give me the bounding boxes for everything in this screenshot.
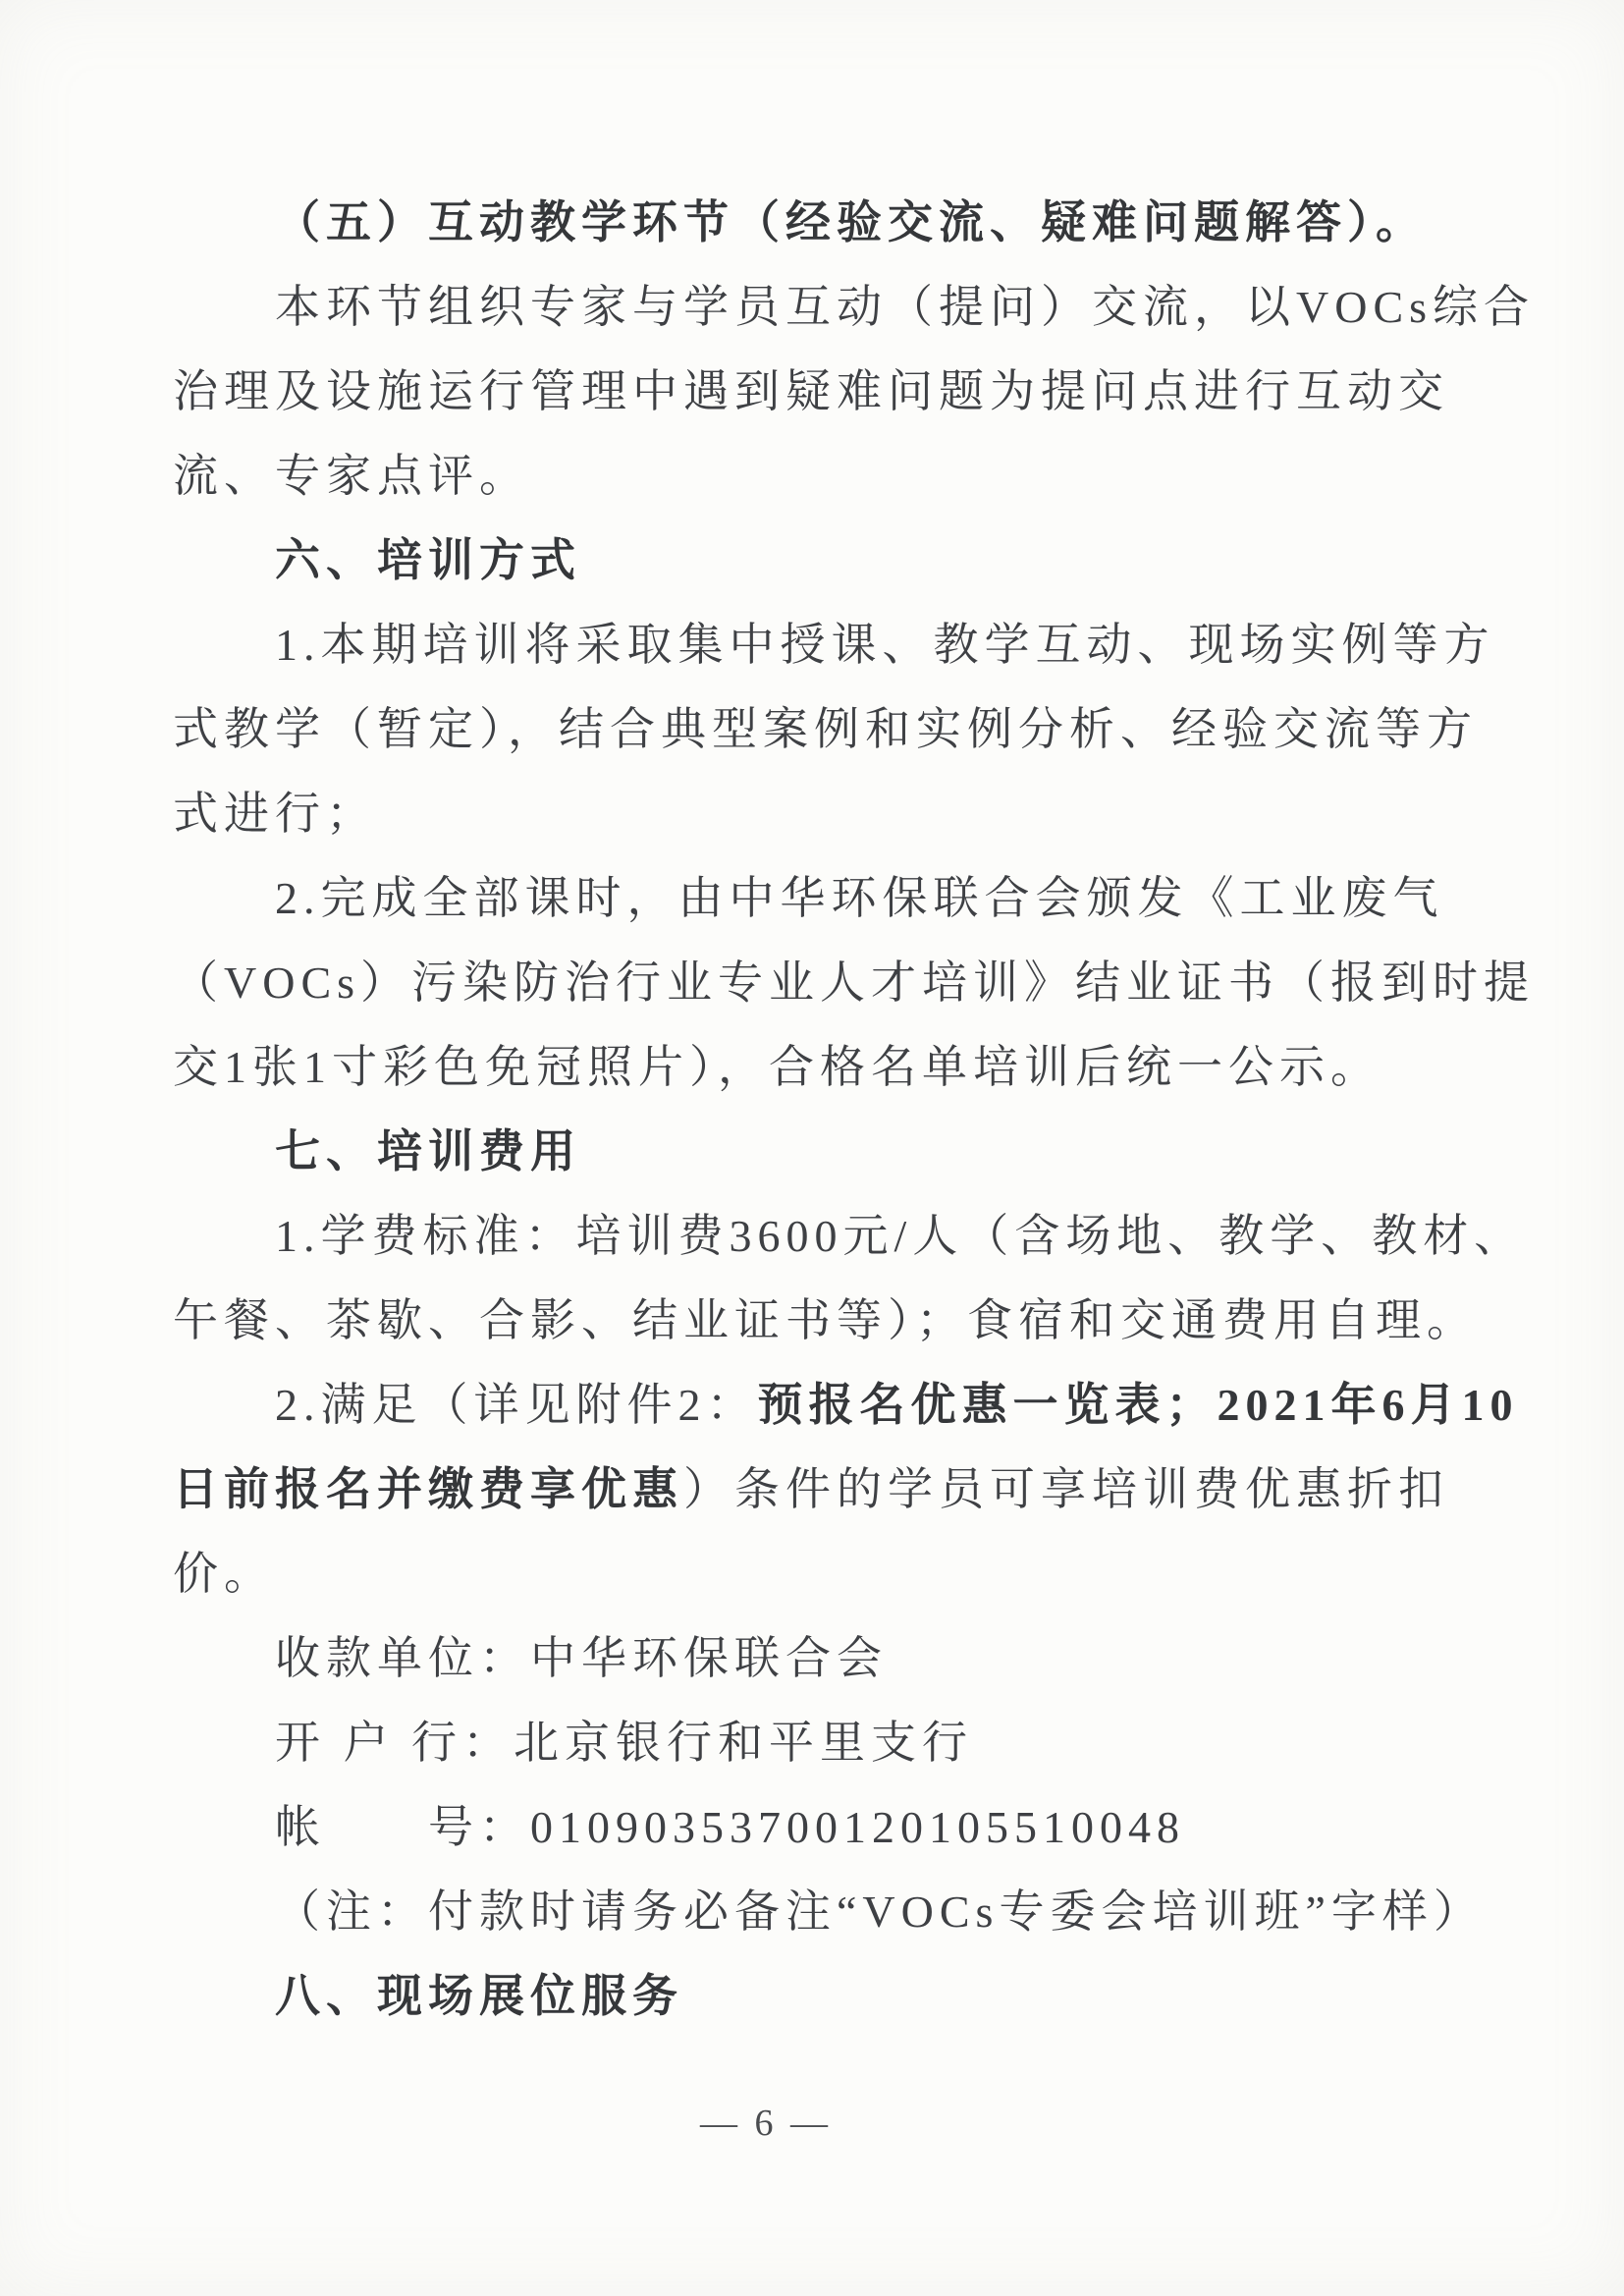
text-line: 治理及设施运行管理中遇到疑难问题为提问点进行互动交 bbox=[173, 350, 1479, 434]
text-line: 式进行； bbox=[173, 772, 1479, 856]
text-line: （VOCs）污染防治行业专业人才培训》结业证书（报到时提 bbox=[173, 941, 1479, 1025]
text-line: 式教学（暂定），结合典型案例和实例分析、经验交流等方 bbox=[173, 687, 1479, 772]
text-segment: 式教学（暂定），结合典型案例和实例分析、经验交流等方 bbox=[173, 704, 1478, 754]
text-segment: 帐 号：01090353700120105510048 bbox=[275, 1802, 1185, 1852]
text-line: 1.本期培训将采取集中授课、教学互动、现场实例等方 bbox=[173, 603, 1479, 687]
text-segment: （注：付款时请务必备注“VOCs专委会培训班”字样） bbox=[275, 1886, 1485, 1937]
text-segment: 交1张1寸彩色免冠照片），合格名单培训后统一公示。 bbox=[173, 1042, 1381, 1092]
text-segment: （VOCs）污染防治行业专业人才培训》结业证书（报到时提 bbox=[173, 957, 1535, 1008]
text-line: 交1张1寸彩色免冠照片），合格名单培训后统一公示。 bbox=[173, 1025, 1479, 1110]
text-line: 本环节组织专家与学员互动（提问）交流，以VOCs综合 bbox=[173, 265, 1479, 350]
text-line: 1.学费标准：培训费3600元/人（含场地、教学、教材、 bbox=[173, 1194, 1479, 1279]
text-segment: 预报名优惠一览表；2021年6月10 bbox=[758, 1380, 1519, 1430]
text-line: 收款单位：中华环保联合会 bbox=[173, 1616, 1479, 1701]
text-segment: 收款单位：中华环保联合会 bbox=[275, 1633, 888, 1683]
text-segment: 午餐、茶歇、合影、结业证书等）；食宿和交通费用自理。 bbox=[173, 1295, 1478, 1345]
text-line: 开 户 行：北京银行和平里支行 bbox=[173, 1701, 1479, 1785]
text-line: （注：付款时请务必备注“VOCs专委会培训班”字样） bbox=[173, 1870, 1479, 1954]
text-segment: 式进行； bbox=[173, 789, 377, 839]
document-body: （五）互动教学环节（经验交流、疑难问题解答）。本环节组织专家与学员互动（提问）交… bbox=[173, 181, 1479, 2039]
text-segment: 日前报名并缴费享优惠 bbox=[173, 1464, 683, 1514]
text-segment: 1.本期培训将采取集中授课、教学互动、现场实例等方 bbox=[275, 620, 1495, 670]
text-line: 2.完成全部课时，由中华环保联合会颁发《工业废气 bbox=[173, 856, 1479, 941]
heading-line: 八、现场展位服务 bbox=[173, 1954, 1479, 2039]
text-segment: ）条件的学员可享培训费优惠折扣 bbox=[683, 1464, 1449, 1514]
text-line: 流、专家点评。 bbox=[173, 434, 1479, 519]
text-line: 帐 号：01090353700120105510048 bbox=[173, 1785, 1479, 1870]
text-segment: 六、培训方式 bbox=[275, 535, 581, 585]
heading-line: （五）互动教学环节（经验交流、疑难问题解答）。 bbox=[173, 181, 1479, 265]
page-number: — 6 — bbox=[0, 2102, 1532, 2145]
text-segment: 八、现场展位服务 bbox=[275, 1971, 683, 2021]
text-segment: 七、培训费用 bbox=[275, 1126, 581, 1176]
text-segment: 治理及设施运行管理中遇到疑难问题为提问点进行互动交 bbox=[173, 366, 1449, 416]
text-line: 午餐、茶歇、合影、结业证书等）；食宿和交通费用自理。 bbox=[173, 1279, 1479, 1363]
text-line: 日前报名并缴费享优惠）条件的学员可享培训费优惠折扣 bbox=[173, 1448, 1479, 1532]
heading-line: 七、培训费用 bbox=[173, 1110, 1479, 1194]
text-segment: （五）互动教学环节（经验交流、疑难问题解答）。 bbox=[275, 197, 1427, 247]
text-segment: 2.满足（详见附件2： bbox=[275, 1380, 758, 1430]
text-line: 2.满足（详见附件2：预报名优惠一览表；2021年6月10 bbox=[173, 1363, 1479, 1448]
text-segment: 价。 bbox=[173, 1549, 275, 1599]
text-segment: 流、专家点评。 bbox=[173, 451, 530, 501]
text-segment: 2.完成全部课时，由中华环保联合会颁发《工业废气 bbox=[275, 873, 1444, 923]
document-page: （五）互动教学环节（经验交流、疑难问题解答）。本环节组织专家与学员互动（提问）交… bbox=[0, 0, 1624, 2296]
text-segment: 1.学费标准：培训费3600元/人（含场地、教学、教材、 bbox=[275, 1211, 1525, 1261]
text-segment: 开 户 行：北京银行和平里支行 bbox=[275, 1718, 973, 1768]
text-segment: 本环节组织专家与学员互动（提问）交流，以VOCs综合 bbox=[275, 282, 1535, 332]
text-line: 价。 bbox=[173, 1532, 1479, 1616]
heading-line: 六、培训方式 bbox=[173, 519, 1479, 603]
